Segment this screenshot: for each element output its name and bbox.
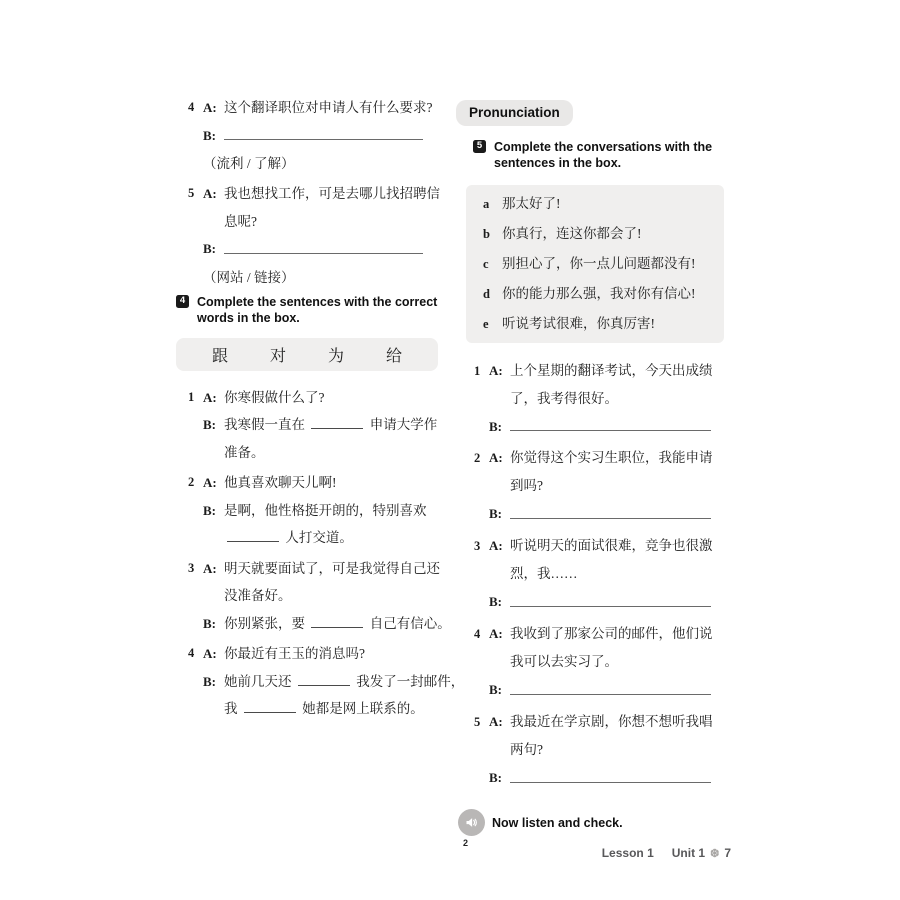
dialogue-line: 我 她都是网上联系的。 — [224, 695, 464, 723]
dialogue-speaker-row: B: — [474, 500, 728, 529]
sentence-letter: e — [483, 310, 493, 339]
answer-blank-line[interactable] — [224, 128, 423, 141]
speaker-label: A: — [203, 469, 224, 497]
speaker-label: A: — [203, 640, 224, 668]
word-option: 对 — [270, 343, 286, 366]
dialogue-item: 4A:我收到了那家公司的邮件，他们说我可以去实习了。B: — [474, 620, 728, 705]
dialogue-line: 我最近在学京剧，你想不想听我唱 — [510, 708, 728, 736]
page-footer: Lesson 1 Unit 1 ❆ 7 — [602, 846, 731, 860]
sentence-text: 你真行，连这你都会了! — [502, 219, 642, 248]
item-number: 5 — [474, 708, 489, 736]
dialogue-text: 上个星期的翻译考试，今天出成绩了，我考得很好。 — [510, 357, 728, 413]
dialogue-text — [224, 235, 438, 263]
answer-blank-line[interactable] — [510, 419, 711, 432]
sentence-letter: a — [483, 190, 493, 219]
item-number: 5 — [188, 180, 203, 208]
answer-blank-line[interactable] — [510, 682, 711, 695]
dialogue-line: 我寒假一直在 申请大学作 — [224, 411, 438, 439]
dialogue-speaker-row: 1A:上个星期的翻译考试，今天出成绩了，我考得很好。 — [474, 357, 728, 413]
sentence-text: 那太好了! — [502, 189, 561, 218]
dialogue-text: 你别紧张，要 自己有信心。 — [224, 610, 451, 638]
hint-words: （网站 / 链接） — [203, 264, 438, 292]
dialogue-item: 1A:上个星期的翻译考试，今天出成绩了，我考得很好。B: — [474, 357, 728, 442]
exercise5-header: 5 Complete the conversations with the se… — [473, 139, 728, 172]
dialogue-speaker-row: B:我寒假一直在 申请大学作准备。 — [188, 411, 438, 466]
speaker-label: B: — [203, 122, 224, 150]
item-number: 2 — [188, 469, 203, 497]
dialogue-line: 上个星期的翻译考试，今天出成绩 — [510, 357, 728, 385]
dialogue-line: 烈，我…… — [510, 560, 728, 588]
sentence-text: 听说考试很难，你真厉害! — [502, 309, 655, 338]
exercise4-dialogues: 1A:你寒假做什么了?B:我寒假一直在 申请大学作准备。2A:他真喜欢聊天儿啊!… — [176, 384, 438, 723]
dialogue-text: 我也想找工作，可是去哪儿找招聘信息呢? — [224, 180, 440, 235]
exercise4-title: Complete the sentences with the correct … — [197, 294, 438, 327]
answer-blank-inline[interactable] — [311, 615, 363, 628]
dialogue-text: 听说明天的面试很难，竞争也很激烈，我…… — [510, 532, 728, 588]
dialogue-speaker-row: 3A:听说明天的面试很难，竞争也很激烈，我…… — [474, 532, 728, 588]
speaker-label: B: — [203, 610, 224, 638]
sentence-letter: c — [483, 250, 493, 279]
dialogue-line: 我也想找工作，可是去哪儿找招聘信 — [224, 180, 440, 208]
footer-page-number: 7 — [724, 846, 731, 860]
dialogue-line: 你寒假做什么了? — [224, 384, 438, 412]
dialogue-text: 我收到了那家公司的邮件，他们说我可以去实习了。 — [510, 620, 728, 676]
word-option: 给 — [386, 343, 402, 366]
dialogue-line: 准备。 — [224, 439, 438, 467]
word-option: 为 — [328, 343, 344, 366]
dialogue-text: 我最近在学京剧，你想不想听我唱两句? — [510, 708, 728, 764]
speaker-label: B: — [489, 413, 510, 441]
dialogue-line: 我可以去实习了。 — [510, 648, 728, 676]
exercise5-title: Complete the conversations with the sent… — [494, 139, 728, 172]
audio-control: 2 — [458, 809, 485, 848]
dialogue-text: 我寒假一直在 申请大学作准备。 — [224, 411, 438, 466]
dialogue-speaker-row: 3A:明天就要面试了，可是我觉得自己还没准备好。 — [188, 555, 438, 610]
dialogue-text — [510, 676, 728, 705]
speaker-icon[interactable] — [458, 809, 485, 836]
dialogue-line: 没准备好。 — [224, 582, 440, 610]
dialogue-line: 你觉得这个实习生职位，我能申请 — [510, 444, 728, 472]
dialogue-line: 她前几天还 我发了一封邮件， — [224, 668, 464, 696]
dialogue-text: 你寒假做什么了? — [224, 384, 438, 412]
dialogue-line: 息呢? — [224, 208, 440, 236]
dialogue-speaker-row: B:你别紧张，要 自己有信心。 — [188, 610, 438, 638]
sentence-option: c别担心了，你一点儿问题都没有! — [483, 249, 707, 279]
sentence-letter: b — [483, 220, 493, 249]
right-column: Pronunciation 5 Complete the conversatio… — [456, 100, 728, 848]
item-number: 1 — [474, 357, 489, 385]
sentence-letter: d — [483, 280, 493, 309]
sentence-option: d你的能力那么强，我对你有信心! — [483, 279, 707, 309]
dialogue-text — [510, 500, 728, 529]
dialogue-line: 听说明天的面试很难，竞争也很激 — [510, 532, 728, 560]
dialogue-line: 是啊，他性格挺开朗的，特别喜欢 — [224, 497, 438, 525]
answer-blank-inline[interactable] — [227, 529, 279, 542]
dialogue-text: 是啊，他性格挺开朗的，特别喜欢 人打交道。 — [224, 497, 438, 552]
dialogue-speaker-row: 4A:我收到了那家公司的邮件，他们说我可以去实习了。 — [474, 620, 728, 676]
dialogue-speaker-row: B: — [474, 764, 728, 793]
answer-blank-inline[interactable] — [311, 416, 363, 429]
exercise3-carryover-dialogues: 4A:这个翻译职位对申请人有什么要求?B:（流利 / 了解）5A:我也想找工作，… — [176, 94, 438, 291]
word-choice-box: 跟对为给 — [176, 338, 438, 371]
dialogue-text — [510, 413, 728, 442]
dialogue-speaker-row: B: — [188, 122, 438, 150]
sentence-option: a那太好了! — [483, 189, 707, 219]
listen-and-check-row: 2 Now listen and check. — [458, 809, 728, 848]
item-number: 3 — [474, 532, 489, 560]
dialogue-line: 你最近有王玉的消息吗? — [224, 640, 438, 668]
speaker-label: A: — [489, 620, 510, 648]
dialogue-speaker-row: 4A:这个翻译职位对申请人有什么要求? — [188, 94, 438, 122]
dialogue-speaker-row: 2A:他真喜欢聊天儿啊! — [188, 469, 438, 497]
dialogue-item: 4A:这个翻译职位对申请人有什么要求?B:（流利 / 了解） — [188, 94, 438, 177]
dialogue-speaker-row: 5A:我最近在学京剧，你想不想听我唱两句? — [474, 708, 728, 764]
dialogue-speaker-row: B: — [188, 235, 438, 263]
dialogue-item: 3A:明天就要面试了，可是我觉得自己还没准备好。B:你别紧张，要 自己有信心。 — [188, 555, 438, 638]
speaker-label: B: — [203, 668, 224, 696]
dialogue-speaker-row: 2A:你觉得这个实习生职位，我能申请到吗? — [474, 444, 728, 500]
dialogue-line: 两句? — [510, 736, 728, 764]
answer-blank-line[interactable] — [224, 241, 423, 254]
dialogue-text: 你觉得这个实习生职位，我能申请到吗? — [510, 444, 728, 500]
item-number: 4 — [188, 94, 203, 122]
item-number: 4 — [474, 620, 489, 648]
dialogue-line: 明天就要面试了，可是我觉得自己还 — [224, 555, 440, 583]
dialogue-text — [510, 764, 728, 793]
speaker-label: B: — [489, 588, 510, 616]
word-option: 跟 — [212, 343, 228, 366]
left-column: 4A:这个翻译职位对申请人有什么要求?B:（流利 / 了解）5A:我也想找工作，… — [176, 94, 438, 726]
speaker-label: B: — [203, 411, 224, 439]
dialogue-item: 1A:你寒假做什么了?B:我寒假一直在 申请大学作准备。 — [188, 384, 438, 467]
dialogue-speaker-row: 5A:我也想找工作，可是去哪儿找招聘信息呢? — [188, 180, 438, 235]
listen-note: Now listen and check. — [492, 816, 623, 830]
dialogue-text: 她前几天还 我发了一封邮件，我 她都是网上联系的。 — [224, 668, 464, 723]
dialogue-item: 5A:我也想找工作，可是去哪儿找招聘信息呢?B:（网站 / 链接） — [188, 180, 438, 291]
sentence-option: e听说考试很难，你真厉害! — [483, 309, 707, 339]
exercise-number-badge: 4 — [176, 295, 189, 308]
speaker-label: A: — [489, 708, 510, 736]
exercise-number-badge: 5 — [473, 140, 486, 153]
item-number: 3 — [188, 555, 203, 583]
answer-blank-inline[interactable] — [298, 673, 350, 686]
footer-lesson: Lesson 1 — [602, 846, 654, 860]
dialogue-item: 3A:听说明天的面试很难，竞争也很激烈，我……B: — [474, 532, 728, 617]
answer-blank-line[interactable] — [510, 770, 711, 783]
dialogue-line: 他真喜欢聊天儿啊! — [224, 469, 438, 497]
answer-blank-inline[interactable] — [244, 700, 296, 713]
speaker-label: A: — [203, 180, 224, 208]
speaker-label: A: — [489, 357, 510, 385]
dialogue-line: 人打交道。 — [224, 524, 438, 552]
dialogue-speaker-row: B:是啊，他性格挺开朗的，特别喜欢 人打交道。 — [188, 497, 438, 552]
dialogue-speaker-row: 1A:你寒假做什么了? — [188, 384, 438, 412]
dialogue-line: 你别紧张，要 自己有信心。 — [224, 610, 451, 638]
speaker-label: B: — [203, 497, 224, 525]
dialogue-text: 他真喜欢聊天儿啊! — [224, 469, 438, 497]
sentence-text: 你的能力那么强，我对你有信心! — [502, 279, 696, 308]
dialogue-speaker-row: B: — [474, 676, 728, 705]
dialogue-line: 我收到了那家公司的邮件，他们说 — [510, 620, 728, 648]
footer-unit: Unit 1 — [672, 846, 705, 860]
speaker-label: A: — [203, 384, 224, 412]
speaker-label: A: — [489, 444, 510, 472]
dialogue-text — [224, 122, 438, 150]
dialogue-text: 这个翻译职位对申请人有什么要求? — [224, 94, 438, 122]
dialogue-item: 5A:我最近在学京剧，你想不想听我唱两句?B: — [474, 708, 728, 793]
speaker-label: B: — [489, 676, 510, 704]
dialogue-line: 了，我考得很好。 — [510, 385, 728, 413]
answer-blank-line[interactable] — [510, 506, 711, 519]
exercise5-dialogues: 1A:上个星期的翻译考试，今天出成绩了，我考得很好。B:2A:你觉得这个实习生职… — [456, 357, 728, 793]
answer-blank-line[interactable] — [510, 594, 711, 607]
flower-icon: ❆ — [710, 847, 719, 860]
dialogue-text — [510, 588, 728, 617]
dialogue-item: 2A:你觉得这个实习生职位，我能申请到吗?B: — [474, 444, 728, 529]
dialogue-text: 你最近有王玉的消息吗? — [224, 640, 438, 668]
audio-track-number: 2 — [463, 838, 468, 848]
speaker-label: A: — [203, 94, 224, 122]
dialogue-speaker-row: 4A:你最近有王玉的消息吗? — [188, 640, 438, 668]
dialogue-speaker-row: B: — [474, 588, 728, 617]
dialogue-speaker-row: B:她前几天还 我发了一封邮件，我 她都是网上联系的。 — [188, 668, 438, 723]
speaker-label: B: — [203, 235, 224, 263]
sentence-option: b你真行，连这你都会了! — [483, 219, 707, 249]
dialogue-item: 4A:你最近有王玉的消息吗?B:她前几天还 我发了一封邮件，我 她都是网上联系的… — [188, 640, 438, 723]
item-number: 4 — [188, 640, 203, 668]
hint-words: （流利 / 了解） — [203, 150, 438, 178]
dialogue-line: 到吗? — [510, 472, 728, 500]
dialogue-line: 这个翻译职位对申请人有什么要求? — [224, 94, 438, 122]
sentence-text: 别担心了，你一点儿问题都没有! — [502, 249, 696, 278]
speaker-label: A: — [489, 532, 510, 560]
speaker-label: A: — [203, 555, 224, 583]
exercise4-header: 4 Complete the sentences with the correc… — [176, 294, 438, 327]
dialogue-item: 2A:他真喜欢聊天儿啊!B:是啊，他性格挺开朗的，特别喜欢 人打交道。 — [188, 469, 438, 552]
dialogue-text: 明天就要面试了，可是我觉得自己还没准备好。 — [224, 555, 440, 610]
item-number: 1 — [188, 384, 203, 412]
dialogue-speaker-row: B: — [474, 413, 728, 442]
speaker-label: B: — [489, 764, 510, 792]
item-number: 2 — [474, 444, 489, 472]
sentence-choice-box: a那太好了!b你真行，连这你都会了!c别担心了，你一点儿问题都没有!d你的能力那… — [466, 185, 724, 343]
section-title-pronunciation: Pronunciation — [456, 100, 573, 126]
speaker-label: B: — [489, 500, 510, 528]
